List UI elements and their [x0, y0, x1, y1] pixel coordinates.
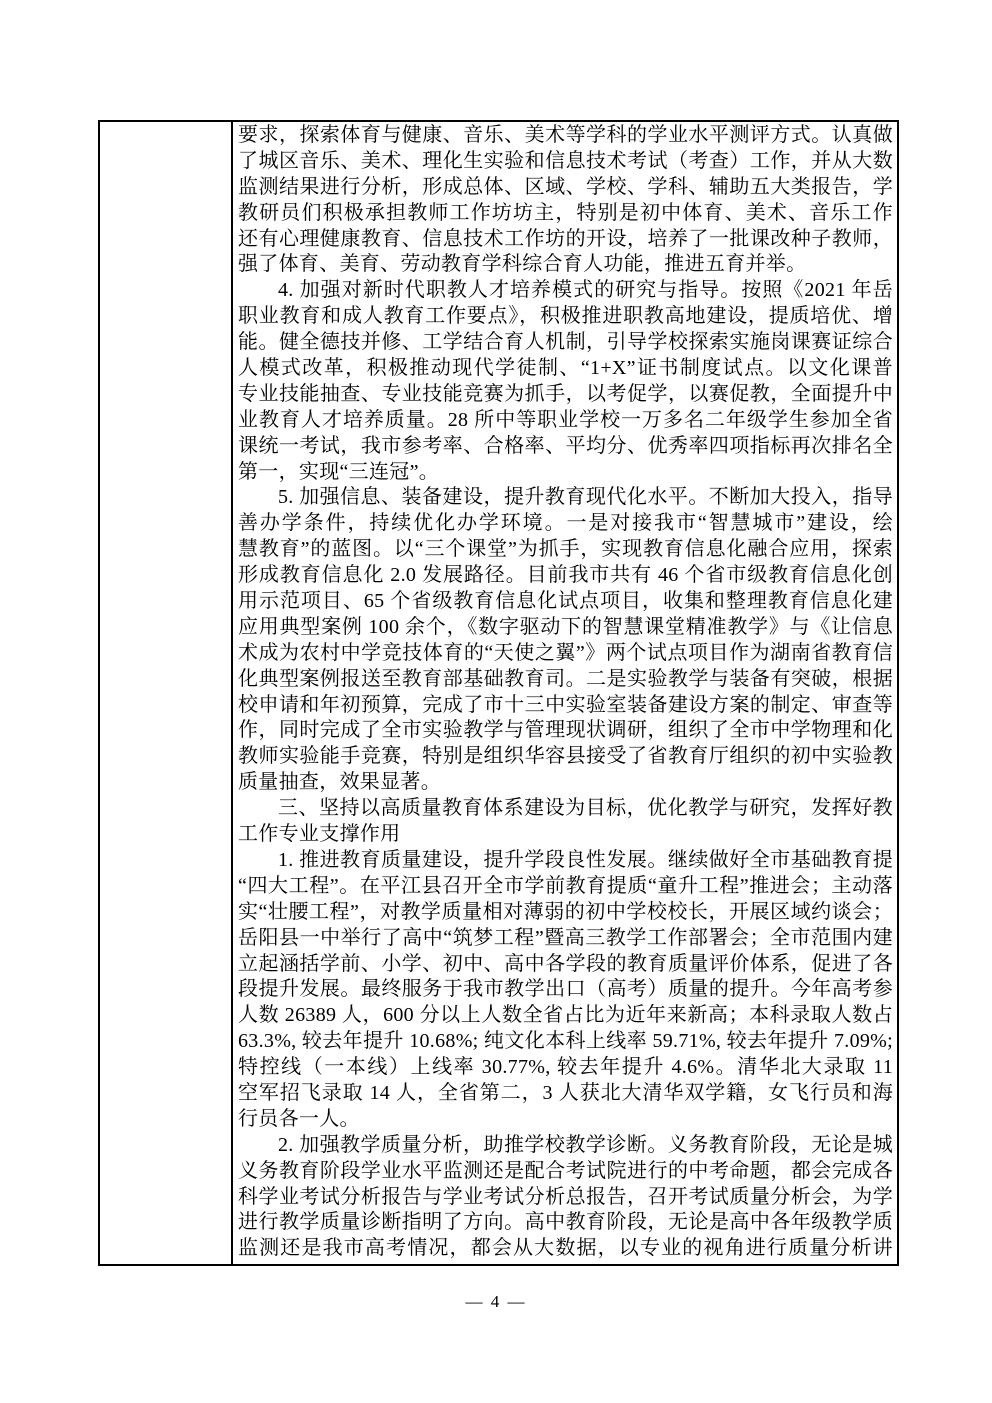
text-line: 化典型案例报送至教育部基础教育司。二是实验教学与装备有突破，根据学 — [238, 667, 893, 693]
text-line: 用示范项目、65 个省级教育信息化试点项目，收集和整理教育信息化建设与 — [238, 589, 893, 615]
text-line: 还有心理健康教育、信息技术工作坊的开设，培养了一批课改种子教师，加 — [238, 227, 893, 253]
text-line: 科学业考试分析报告与学业考试分析总报告，召开考试质量分析会，为学校 — [238, 1185, 893, 1211]
text-line: 特控线（一本线）上线率 30.77%, 较去年提升 4.6%。清华北大录取 11… — [238, 1055, 893, 1081]
text-line: 2. 加强教学质量分析，助推学校教学诊断。义务教育阶段，无论是城区 — [238, 1133, 893, 1159]
text-line: 校申请和年初预算，完成了市十三中实验室装备建设方案的制定、审查等工 — [238, 693, 893, 719]
text-line: 进行教学质量诊断指明了方向。高中教育阶段，无论是高中各年级教学质量 — [238, 1210, 893, 1236]
text-line: 教研员们积极承担教师工作坊坊主，特别是初中体育、美术、音乐工作坊， — [238, 201, 893, 227]
text-line: 应用典型案例 100 余个，《数字驱动下的智慧课堂精准教学》与《让信息化技 — [238, 615, 893, 641]
text-line: 监测结果进行分析，形成总体、区域、学校、学科、辅助五大类报告，学科 — [238, 175, 893, 201]
page-number: — 4 — — [0, 1292, 992, 1312]
text-line: 义务教育阶段学业水平监测还是配合考试院进行的中考命题，都会完成各学 — [238, 1159, 893, 1185]
document-table: 要求，探索体育与健康、音乐、美术等学科的学业水平测评方式。认真做好了城区音乐、美… — [98, 120, 899, 1266]
text-line: 要求，探索体育与健康、音乐、美术等学科的学业水平测评方式。认真做好 — [238, 123, 893, 149]
text-line: 能。健全德技并修、工学结合育人机制，引导学校探索实施岗课赛证综合育 — [238, 330, 893, 356]
text-line: 63.3%, 较去年提升 10.68%; 纯文化本科上线率 59.71%, 较去… — [238, 1029, 893, 1055]
text-line: 立起涵括学前、小学、初中、高中各学段的教育质量评价体系，促进了各学 — [238, 952, 893, 978]
text-line: 善办学条件，持续优化办学环境。一是对接我市“智慧城市”建设，绘制“智 — [238, 511, 893, 537]
text-line: 教师实验能手竞赛，特别是组织华容县接受了省教育厅组织的初中实验教学 — [238, 744, 893, 770]
text-line: 作，同时完成了全市实验教学与管理现状调研，组织了全市中学物理和化学 — [238, 718, 893, 744]
text-line: “四大工程”。在平江县召开全市学前教育提质“童升工程”推进会；主动落 — [238, 874, 893, 900]
text-line: 4. 加强对新时代职教人才培养模式的研究与指导。按照《2021 年岳阳市 — [238, 278, 893, 304]
text-line: 课统一考试，我市参考率、合格率、平均分、优秀率四项指标再次排名全省 — [238, 434, 893, 460]
text-line: 业教育人才培养质量。28 所中等职业学校一万多名二年级学生参加全省公共 — [238, 408, 893, 434]
text-line: 人模式改革，积极推动现代学徒制、“1+X”证书制度试点。以文化课普测、 — [238, 356, 893, 382]
table-left-cell — [100, 122, 233, 1264]
text-line: 了城区音乐、美术、理化生实验和信息技术考试（考查）工作，并从大数据 — [238, 149, 893, 175]
text-line: 实“壮腰工程”，对教学质量相对薄弱的初中学校校长，开展区域约谈会；在 — [238, 900, 893, 926]
text-line: 强了体育、美育、劳动教育学科综合育人功能，推进五育并举。 — [238, 252, 893, 278]
text-line: 空军招飞录取 14 人，全省第二，3 人获北大清华双学籍，女飞行员和海军飞 — [238, 1081, 893, 1107]
text-line: 人数 26389 人，600 分以上人数全省占比为近年来新高；本科录取人数占比 — [238, 1003, 893, 1029]
text-line: 1. 推进教育质量建设，提升学段良性发展。继续做好全市基础教育提质 — [238, 848, 893, 874]
text-line: 专业技能抽查、专业技能竞赛为抓手，以考促学，以赛促教，全面提升中等职 — [238, 382, 893, 408]
table-body-cell: 要求，探索体育与健康、音乐、美术等学科的学业水平测评方式。认真做好了城区音乐、美… — [233, 122, 897, 1264]
text-line: 职业教育和成人教育工作要点》，积极推进职教高地建设，提质培优、增值赋 — [238, 304, 893, 330]
text-line: 三、坚持以高质量教育体系建设为目标，优化教学与研究，发挥好教研 — [238, 796, 893, 822]
text-line: 工作专业支撑作用 — [238, 822, 893, 848]
text-line: 监测还是我市高考情况，都会从大数据，以专业的视角进行质量分析讲评， — [238, 1236, 893, 1262]
text-line: 岳阳县一中举行了高中“筑梦工程”暨高三教学工作部署会；全市范围内建 — [238, 926, 893, 952]
text-line: 质量抽查，效果显著。 — [238, 770, 893, 796]
text-line: 第一，实现“三连冠”。 — [238, 460, 893, 486]
text-line: 5. 加强信息、装备建设，提升教育现代化水平。不断加大投入，指导改 — [238, 485, 893, 511]
text-line: 慧教育”的蓝图。以“三个课堂”为抓手，实现教育信息化融合应用，探索 — [238, 537, 893, 563]
text-line: 行员各一人。 — [238, 1107, 893, 1133]
document-page: 要求，探索体育与健康、音乐、美术等学科的学业水平测评方式。认真做好了城区音乐、美… — [0, 0, 992, 1403]
text-line: 形成教育信息化 2.0 发展路径。目前我市共有 46 个省市级教育信息化创新应 — [238, 563, 893, 589]
text-line: 术成为农村中学竞技体育的“天使之翼”》两个试点项目作为湖南省教育信息 — [238, 641, 893, 667]
text-line: 段提升发展。最终服务于我市教学出口（高考）质量的提升。今年高考参考 — [238, 977, 893, 1003]
